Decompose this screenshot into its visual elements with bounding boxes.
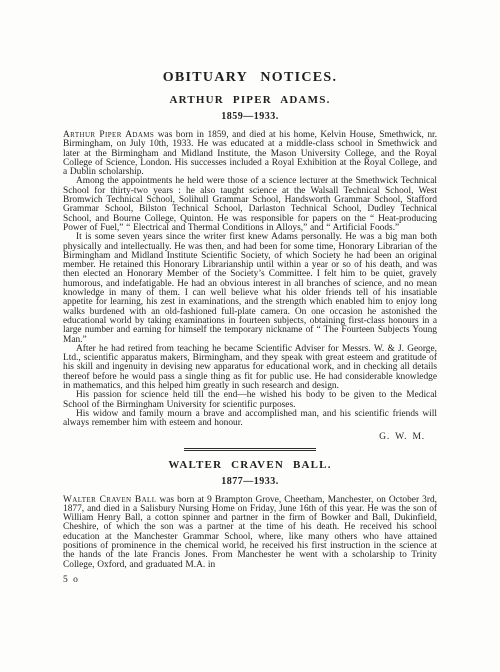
paragraph: Among the appointments he held were thos…: [63, 177, 437, 233]
paragraph: Walter Craven Ball was born at 9 Brampto…: [63, 496, 437, 570]
paragraph: His passion for science held till the en…: [63, 391, 437, 410]
author-initials-signature: G. W. M.: [63, 432, 437, 442]
paragraph-text: was born at 9 Brampton Grove, Cheetham, …: [63, 495, 437, 570]
obituary-section-adams: ARTHUR PIPER ADAMS. 1859—1933. Arthur Pi…: [63, 94, 437, 442]
section-divider-rule: [184, 448, 316, 451]
obituary-body: Walter Craven Ball was born at 9 Brampto…: [63, 496, 437, 570]
obituary-name-heading: WALTER CRAVEN BALL.: [63, 459, 437, 471]
obituary-name-heading: ARTHUR PIPER ADAMS.: [63, 94, 437, 106]
document-page: OBITUARY NOTICES. ARTHUR PIPER ADAMS. 18…: [0, 0, 500, 672]
obituary-dates: 1859—1933.: [63, 111, 437, 122]
paragraph: His widow and family mourn a brave and a…: [63, 410, 437, 429]
printers-signature-mark: 5 o: [63, 575, 437, 585]
obituary-dates: 1877—1933.: [63, 476, 437, 487]
page-title: OBITUARY NOTICES.: [63, 70, 437, 85]
obituary-body: Arthur Piper Adams was born in 1859, and…: [63, 131, 437, 429]
paragraph: Arthur Piper Adams was born in 1859, and…: [63, 131, 437, 177]
paragraph: It is some seven years since the writer …: [63, 233, 437, 345]
obituary-section-ball: WALTER CRAVEN BALL. 1877—1933. Walter Cr…: [63, 459, 437, 570]
paragraph: After he had retired from teaching he be…: [63, 345, 437, 391]
